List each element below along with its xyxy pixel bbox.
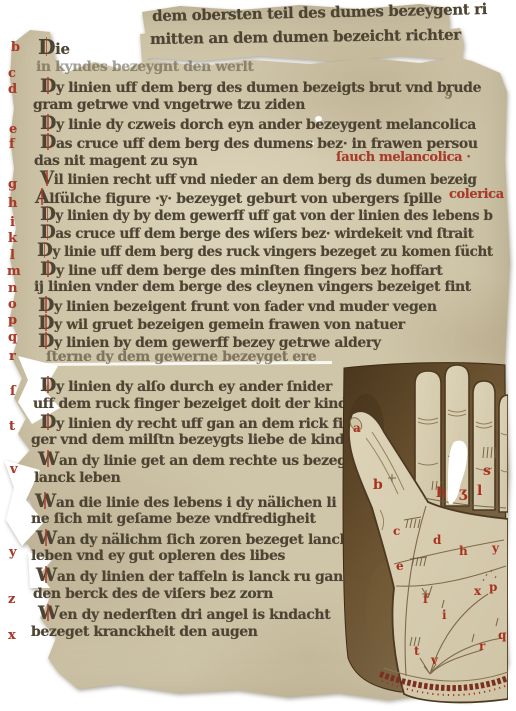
text-line: Wen dy nederſten dri angel is kndacht [38, 606, 330, 623]
text-line: uff dem ruck finger bezeiget doit der ki… [33, 397, 347, 412]
palm-letter: h [436, 485, 446, 501]
palm-letter: r [479, 639, 486, 653]
palm-letter: l [477, 483, 482, 499]
rubric-text-line: colerica [449, 188, 504, 202]
text-line: Alſülche figure ·y· bezeyget geburt von … [35, 190, 442, 207]
margin-index-letter: r [9, 349, 16, 364]
text-line: Dy linien dy recht uff gan an dem rick f… [40, 415, 353, 432]
pinky-finger [499, 395, 508, 512]
margin-index-letter: x [8, 628, 16, 643]
palm-letter: v [430, 653, 439, 667]
margin-index-letter: p [8, 313, 17, 328]
text-line: Wan dy linien der taffeln is lanck ru ga… [36, 568, 365, 585]
margin-index-letter: ſ [10, 384, 16, 399]
text-line: 9 [444, 89, 454, 102]
text-line: Dy linie uff dem berg des ruck vingers b… [37, 244, 493, 259]
margin-index-letter: e [9, 122, 17, 137]
margin-index-letter: v [10, 462, 18, 477]
margin-index-letter: d [8, 82, 17, 97]
hand-illustration: abhʒlscdhyefxpiqrtv [336, 358, 508, 704]
palm-letter: p [489, 580, 497, 594]
palm-letter: e [396, 559, 404, 573]
text-line: Dy linien uff dem berg des dumen bezeigt… [40, 79, 481, 96]
text-line: Dy wil gruet bezeigen gemein frawen von … [38, 316, 405, 333]
text-line: ne ſich mit geſame beze vndfredigheit [31, 512, 316, 527]
palm-letter: f [423, 592, 429, 606]
manuscript-photo: dem obersten teil des dumes bezeygent ri… [0, 0, 516, 711]
text-line: ij linien vnder dem berge des cleynen vi… [34, 280, 471, 295]
palm-letter: t [414, 644, 420, 658]
text-line: Dy linien dy by dem gewerff uff gat von … [40, 208, 493, 223]
margin-index-letter: m [7, 264, 21, 279]
margin-index-letter: n [8, 281, 17, 296]
text-line: Vil linien recht uff vnd nieder an dem b… [40, 172, 477, 187]
palm-letter: ʒ [459, 485, 468, 501]
margin-index-letter: f [9, 137, 15, 152]
margin-index-letter: g [8, 177, 17, 192]
text-line: dem obersten teil des dumes bezeygent ri [152, 2, 487, 25]
text-line: leben vnd ey gut opleren des libes [31, 549, 285, 564]
rubric-text-line: ſauch melancolica · [336, 151, 470, 165]
text-line: den berck des de viſers bez zorn [33, 587, 273, 602]
text-line: bezeget kranckheit den augen [31, 625, 258, 640]
palm-letter: h [459, 544, 468, 558]
text-line: Wan dy nälichm ſich zoren bezeget lanck [36, 531, 349, 548]
text-line: Wan die linie des lebens i dy nälichen l… [35, 494, 336, 511]
palm-letter: b [373, 477, 383, 493]
margin-index-letter: z [8, 592, 15, 607]
text-line: Dy linie dy czweis dorch eyn ander bezey… [40, 116, 476, 133]
text-line: gram getrwe vnd vngetrwe tzu ziden [33, 98, 305, 113]
palm-letter: d [433, 533, 442, 547]
palm-letter: c [393, 524, 400, 538]
palm-letter: s [483, 463, 491, 479]
text-line: in kyndes bezeygnt den werlt [36, 60, 254, 75]
text-line: Die [38, 40, 70, 58]
text-line: das nit magent zu syn [34, 154, 197, 169]
palm-letter: a [353, 421, 361, 435]
palm-letter: q [498, 628, 507, 642]
margin-index-letter: i [10, 215, 15, 230]
margin-index-letter: b [11, 40, 20, 55]
margin-index-letter: o [8, 297, 17, 312]
margin-index-letter: k [8, 231, 17, 246]
palm-letter: i [442, 608, 447, 622]
text-line: ſterne dy dem gewerne bezeyget ere [46, 350, 316, 365]
text-line: lanck leben [34, 471, 120, 486]
margin-index-letter: t [9, 419, 15, 434]
text-line: Dy linien dy alſo durch ey ander ſnider [40, 378, 332, 395]
palm-letter: y [491, 541, 500, 555]
text-line: Dy line uff dem berge des minſten finger… [40, 262, 442, 279]
margin-index-letter: q [8, 330, 17, 345]
text-line: Das cruce uff dem berge des wiſers bez· … [40, 226, 473, 241]
text-line: Dy linien bezeigent frunt von fader vnd … [38, 298, 437, 315]
margin-index-letter: y [9, 545, 17, 560]
text-line: mitten an dem dumen bezeicht richter [150, 28, 461, 48]
margin-index-letter: l [10, 248, 15, 263]
text-line: Wan dy linie get an dem rechte us bezege… [38, 452, 361, 469]
text-line: ger vnd dem milſtn bezeygts liebe de kin… [31, 433, 360, 448]
margin-index-letter: c [8, 66, 16, 81]
palm-letter: x [474, 584, 482, 598]
margin-index-letter: h [8, 196, 17, 211]
